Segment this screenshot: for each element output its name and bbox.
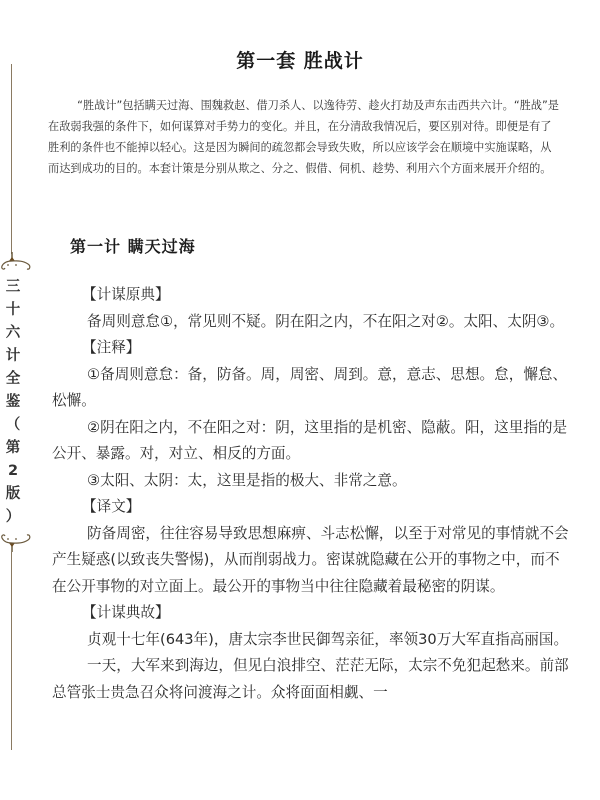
side-title-char: 第	[3, 437, 23, 460]
chapter-title: 第一套 胜战计	[0, 46, 600, 73]
intro-paragraph: “胜战计”包括瞒天过海、围魏救赵、借刀杀人、以逸待劳、趁火打劫及声东击西共六计。…	[48, 95, 560, 179]
side-title-char: 三	[3, 276, 23, 299]
section-body: 【计谋原典】 备周则意怠①，常见则不疑。阴在阳之内，不在阳之对②。太阳、太阴③。…	[52, 282, 572, 706]
side-title-char: ）	[3, 506, 23, 529]
document-page: 三 十 六 计 全 鉴 （ 第 2 版 ） 第一套 胜战计 “胜战计”包括瞒天过…	[0, 0, 600, 800]
side-title-char: 鉴	[3, 391, 23, 414]
section-title: 第一计 瞒天过海	[70, 234, 196, 257]
side-book-title: 三 十 六 计 全 鉴 （ 第 2 版 ）	[3, 276, 23, 529]
paragraph-story-1: 贞观十七年(643年)，唐太宗李世民御驾亲征，率领30万大军直指高丽国。	[52, 627, 572, 654]
side-divider-line-bottom	[11, 552, 12, 750]
heading-story: 【计谋典故】	[52, 600, 572, 627]
paragraph-translation: 防备周密，往往容易导致思想麻痹、斗志松懈，以至于对常见的事情就不会产生疑惑(以致…	[52, 521, 572, 601]
paragraph-story-2: 一天，大军来到海边，但见白浪排空、茫茫无际，太宗不免犯起愁来。前部总管张士贵急召…	[52, 653, 572, 706]
side-title-char: （	[3, 414, 23, 437]
paragraph-note-1: ①备周则意怠：备，防备。周，周密、周到。意，意志、思想。怠，懈怠、松懈。	[52, 362, 572, 415]
side-divider-line-top	[11, 64, 12, 254]
ornament-bottom-icon	[0, 532, 36, 552]
side-title-char: 计	[3, 345, 23, 368]
heading-notes: 【注释】	[52, 335, 572, 362]
ornament-top-icon	[0, 252, 36, 272]
side-title-char: 2	[3, 460, 23, 483]
chapter-intro: “胜战计”包括瞒天过海、围魏救赵、借刀杀人、以逸待劳、趁火打劫及声东击西共六计。…	[48, 95, 560, 179]
side-title-char: 十	[3, 299, 23, 322]
heading-original-text: 【计谋原典】	[52, 282, 572, 309]
heading-translation: 【译文】	[52, 494, 572, 521]
side-title-char: 六	[3, 322, 23, 345]
paragraph-note-2: ②阴在阳之内，不在阳之对：阴，这里指的是机密、隐蔽。阳，这里指的是公开、暴露。对…	[52, 415, 572, 468]
paragraph-note-3: ③太阳、太阴：太，这里是指的极大、非常之意。	[52, 468, 572, 495]
paragraph-original: 备周则意怠①，常见则不疑。阴在阳之内，不在阳之对②。太阳、太阴③。	[52, 309, 572, 336]
side-title-char: 版	[3, 483, 23, 506]
side-title-char: 全	[3, 368, 23, 391]
